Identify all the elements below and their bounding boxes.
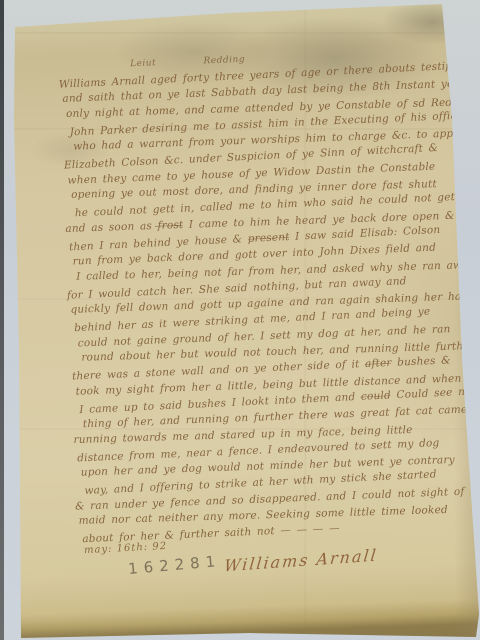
archive-stamp-number: 162281 [127,552,221,578]
manuscript-photo: Leiut Redding Williams Arnall aged forty… [0,0,480,640]
manuscript-line: and as soon as f̶r̶o̶s̶t̶ I came to him … [65,207,456,237]
manuscript-line: distance from me, near a fence. I endeav… [77,434,465,467]
manuscript-line: for I would catch her. She said nothing,… [67,271,459,304]
photo-background-edge [0,0,4,640]
manuscript-line: he could not gett in, called me to him w… [74,189,455,222]
manuscript-line: maid nor cat neither any more. Seeking s… [78,501,467,529]
manuscript-line: Elizabeth Colson &c. under Suspicion of … [64,140,454,175]
manuscript-line: & ran under ye fence and so disappeared.… [75,483,467,514]
interlinear-word: Redding [203,55,245,67]
manuscript-line: then I ran behind ye house & p̶r̶e̶s̶e̶n… [69,221,457,256]
deponent-signature: Williams Arnall [223,546,379,576]
interlinear-insertion: Leiut Redding [58,47,450,75]
manuscript-line: opening ye out most dore, and finding ye… [71,176,455,204]
manuscript-line: could not gaine ground of her. I sett my… [78,321,461,352]
manuscript-line: quickly fell down and gott up againe and… [70,289,459,319]
manuscript-line: who had a warrant from your worships him… [73,126,453,155]
manuscript-lines: Williams Arnall aged forty three years o… [58,60,468,547]
manuscript-line: when they came to ye house of ye Widow D… [67,158,454,189]
manuscript-line: and saith that on ye last Sabbath day la… [62,76,451,107]
manuscript-line: I called to her, being not far from her,… [76,257,458,285]
interlinear-word: Leiut [130,58,156,69]
manuscript-line: there was a stone wall and on ye other s… [72,352,462,385]
manuscript-line: John Parker desiring me to assist him in… [69,108,452,141]
manuscript-text-block: Leiut Redding Williams Arnall aged forty… [58,47,468,547]
manuscript-line: behind her as it were striking at me, an… [74,303,460,337]
manuscript-line: took my sight from her a little, being b… [75,370,462,399]
manuscript-line: round about her but would not touch her,… [81,338,461,366]
manuscript-line: upon her and ye dog would not minde her … [81,452,466,481]
manuscript-line: running towards me and stared up in my f… [73,420,464,448]
manuscript-line: way, and I offering to strike at her wth… [84,465,466,499]
manuscript-line: only night at home, and came attended by… [66,94,452,122]
manuscript-page: Leiut Redding Williams Arnall aged forty… [0,0,480,640]
manuscript-line: I came up to said bushes I lookt into th… [79,384,463,418]
manuscript-line: about for her & further saith not — — — … [82,515,468,548]
manuscript-line: thing of her, and running on further the… [83,402,464,433]
manuscript-line: run from ye back dore and gott over into… [72,239,457,270]
manuscript-line: Williams Arnall aged forty three years o… [59,58,451,93]
date-note: may: 16th: 92 [84,541,168,556]
